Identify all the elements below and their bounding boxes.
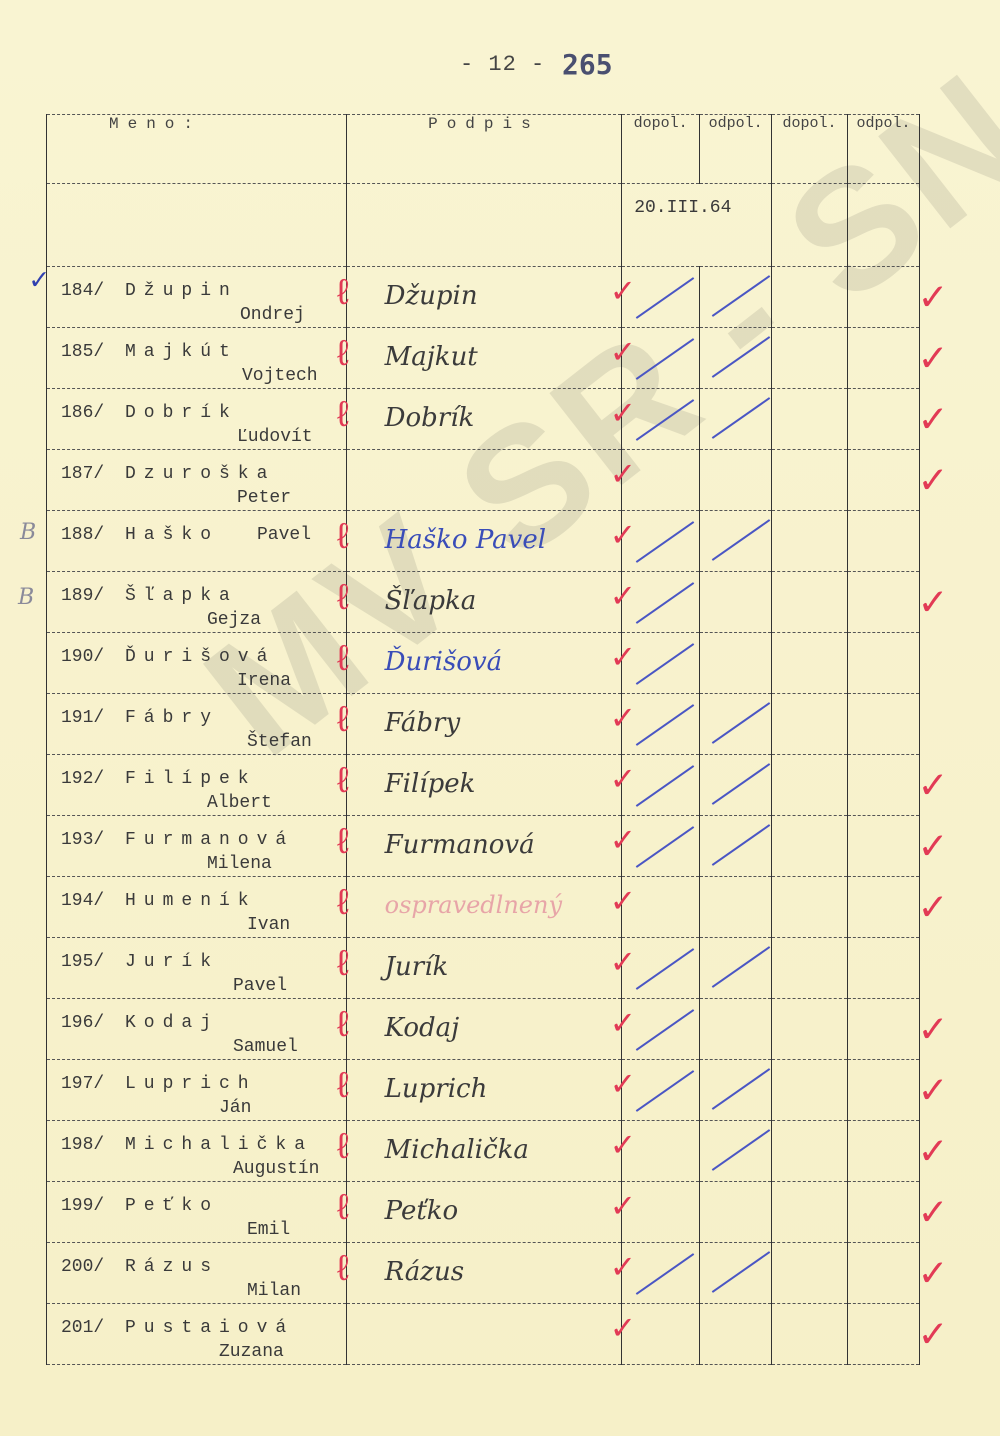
- signature-cell: Luprich: [346, 1060, 622, 1121]
- signature-cell: Jurík: [346, 938, 622, 999]
- attendance-col1: [622, 572, 700, 633]
- red-check-icon: ✓: [612, 1251, 634, 1287]
- red-check-icon: ✓: [612, 458, 634, 494]
- handwritten-signature: Luprich: [385, 1074, 488, 1104]
- red-tick-mark: ℓ: [332, 277, 354, 313]
- signature-cell: ospravedlnený: [346, 877, 622, 938]
- first-name: Vojtech: [242, 366, 318, 386]
- attendance-col1: [622, 877, 700, 938]
- attendance-col1: [622, 450, 700, 511]
- attendance-col2: [700, 877, 772, 938]
- signature-cell: Šľapka: [346, 572, 622, 633]
- attendance-col2: [700, 1304, 772, 1365]
- signature-cell: [346, 450, 622, 511]
- table-row: 190/ĎurišováIrenaĎurišová: [47, 633, 920, 694]
- surname: Humeník: [125, 891, 257, 911]
- handwritten-signature: Majkut: [385, 342, 478, 372]
- attendance-col3: [772, 877, 848, 938]
- attendance-col4: [848, 450, 920, 511]
- surname: Dobrík: [125, 403, 238, 423]
- attendance-col4: [848, 1304, 920, 1365]
- surname: Peťko: [125, 1196, 219, 1216]
- signature-cell: Džupin: [346, 267, 622, 328]
- attendance-col4: [848, 999, 920, 1060]
- right-margin-check-icon: ✓: [920, 576, 945, 628]
- right-margin-check-icon: ✓: [920, 881, 945, 933]
- red-check-icon: ✓: [612, 824, 634, 860]
- right-margin-check-icon: ✓: [920, 1125, 945, 1177]
- handwritten-signature: Dobrík: [385, 403, 475, 433]
- signature-cell: Ďurišová: [346, 633, 622, 694]
- handwritten-signature: Furmanová: [385, 830, 535, 860]
- name-cell: 201/PustaiováZuzana: [47, 1304, 347, 1365]
- attendance-col2: [700, 450, 772, 511]
- surname: Luprich: [125, 1074, 257, 1094]
- first-name: Ľudovít: [237, 427, 313, 447]
- attendance-col3: [772, 1182, 848, 1243]
- name-cell: 192/FilípekAlbert: [47, 755, 347, 816]
- red-check-icon: ✓: [612, 641, 634, 677]
- entry-number: 190/: [61, 647, 104, 667]
- header-signature: Podpis: [346, 115, 622, 184]
- name-cell: 197/LuprichJán: [47, 1060, 347, 1121]
- entry-number: 198/: [61, 1135, 104, 1155]
- attendance-col3: [772, 328, 848, 389]
- attendance-table: Meno: Podpis dopol. odpol. dopol. odpol.…: [46, 114, 920, 1365]
- right-margin-check-icon: ✓: [920, 820, 945, 872]
- red-tick-mark: ℓ: [332, 1131, 354, 1167]
- red-check-icon: ✓: [612, 519, 634, 555]
- red-check-icon: ✓: [612, 580, 634, 616]
- red-check-icon: ✓: [612, 1068, 634, 1104]
- table-row: 194/HumeníkIvanospravedlnený: [47, 877, 920, 938]
- first-name: Gejza: [207, 610, 261, 630]
- first-name: Pavel: [257, 525, 311, 545]
- attendance-col3: [772, 694, 848, 755]
- red-check-icon: ✓: [612, 763, 634, 799]
- handwritten-signature: Kodaj: [385, 1013, 460, 1043]
- right-margin-check-icon: ✓: [920, 332, 945, 384]
- entry-number: 201/: [61, 1318, 104, 1338]
- red-tick-mark: ℓ: [332, 1009, 354, 1045]
- surname: Jurík: [125, 952, 219, 972]
- right-margin-check-icon: ✓: [920, 1247, 945, 1299]
- attendance-col1: [622, 633, 700, 694]
- handwritten-signature: ospravedlnený: [385, 891, 562, 919]
- first-name: Samuel: [233, 1037, 298, 1057]
- attendance-col1: [622, 328, 700, 389]
- attendance-col3: [772, 389, 848, 450]
- handwritten-signature: Rázus: [385, 1257, 464, 1287]
- name-cell: 200/RázusMilan: [47, 1243, 347, 1304]
- red-check-icon: ✓: [612, 275, 634, 311]
- attendance-col3: [772, 1121, 848, 1182]
- attendance-col3: [772, 511, 848, 572]
- entry-number: 184/: [61, 281, 104, 301]
- right-margin-check-icon: ✓: [920, 271, 945, 323]
- attendance-col4: [848, 267, 920, 328]
- table-row: 189/ŠľapkaGejzaŠľapka: [47, 572, 920, 633]
- name-cell: 196/KodajSamuel: [47, 999, 347, 1060]
- table-row: 186/DobríkĽudovítDobrík: [47, 389, 920, 450]
- attendance-col1: [622, 938, 700, 999]
- surname: Kodaj: [125, 1013, 219, 1033]
- entry-number: 187/: [61, 464, 104, 484]
- attendance-col4: [848, 389, 920, 450]
- signature-cell: Furmanová: [346, 816, 622, 877]
- red-check-icon: ✓: [612, 1007, 634, 1043]
- attendance-col1: [622, 267, 700, 328]
- red-tick-mark: ℓ: [332, 1070, 354, 1106]
- table-row: 198/MichaličkaAugustínMichalička: [47, 1121, 920, 1182]
- entry-number: 194/: [61, 891, 104, 911]
- signature-cell: Peťko: [346, 1182, 622, 1243]
- entry-number: 197/: [61, 1074, 104, 1094]
- attendance-col4: [848, 572, 920, 633]
- attendance-col1: [622, 694, 700, 755]
- date-row: 20.III.64: [47, 184, 920, 267]
- name-cell: 190/ĎurišováIrena: [47, 633, 347, 694]
- first-name: Augustín: [233, 1159, 319, 1179]
- attendance-col3: [772, 1243, 848, 1304]
- attendance-col4: [848, 1243, 920, 1304]
- attendance-col3: [772, 999, 848, 1060]
- attendance-col3: [772, 633, 848, 694]
- entry-number: 196/: [61, 1013, 104, 1033]
- right-margin-check-icon: ✓: [920, 759, 945, 811]
- surname: Haško: [125, 525, 219, 545]
- table-row: 187/DzuroškaPeter: [47, 450, 920, 511]
- red-tick-mark: ℓ: [332, 338, 354, 374]
- surname: Fábry: [125, 708, 219, 728]
- archive-stamp-number: 265: [562, 48, 613, 81]
- entry-number: 195/: [61, 952, 104, 972]
- table-row: 192/FilípekAlbertFilípek: [47, 755, 920, 816]
- signature-cell: Dobrík: [346, 389, 622, 450]
- header-col1: dopol.: [622, 115, 700, 184]
- name-cell: 193/FurmanováMilena: [47, 816, 347, 877]
- entry-number: 189/: [61, 586, 104, 606]
- handwritten-signature: Michalička: [385, 1135, 529, 1165]
- surname: Pustaiová: [125, 1318, 294, 1338]
- red-tick-mark: ℓ: [332, 887, 354, 923]
- entry-number: 192/: [61, 769, 104, 789]
- first-name: Irena: [237, 671, 291, 691]
- red-check-icon: ✓: [612, 1312, 634, 1348]
- red-check-icon: ✓: [612, 1129, 634, 1165]
- first-name: Ivan: [247, 915, 290, 935]
- name-cell: 184/DžupinOndrej: [47, 267, 347, 328]
- handwritten-signature: Džupin: [385, 281, 478, 311]
- attendance-col3: [772, 816, 848, 877]
- signature-cell: Filípek: [346, 755, 622, 816]
- red-tick-mark: ℓ: [332, 826, 354, 862]
- attendance-col4: [848, 877, 920, 938]
- signature-cell: Haško Pavel: [346, 511, 622, 572]
- attendance-col4: [848, 633, 920, 694]
- surname: Džupin: [125, 281, 238, 301]
- attendance-col1: [622, 1060, 700, 1121]
- right-margin-check-icon: ✓: [920, 1003, 945, 1055]
- header-name: Meno:: [47, 115, 347, 184]
- attendance-col1: [622, 755, 700, 816]
- attendance-col3: [772, 450, 848, 511]
- first-name: Milena: [207, 854, 272, 874]
- attendance-col4: [848, 1060, 920, 1121]
- signature-cell: Majkut: [346, 328, 622, 389]
- name-cell: 186/DobríkĽudovít: [47, 389, 347, 450]
- attendance-col4: [848, 1182, 920, 1243]
- name-cell: 198/MichaličkaAugustín: [47, 1121, 347, 1182]
- table-row: 201/PustaiováZuzana: [47, 1304, 920, 1365]
- red-tick-mark: ℓ: [332, 765, 354, 801]
- table-row: 188/HaškoPavelHaško Pavel: [47, 511, 920, 572]
- handwritten-signature: Haško Pavel: [385, 525, 546, 555]
- attendance-col1: [622, 1182, 700, 1243]
- attendance-col4: [848, 1121, 920, 1182]
- table-row: 184/DžupinOndrejDžupin: [47, 267, 920, 328]
- header-col3: dopol.: [772, 115, 848, 184]
- margin-note: B: [18, 585, 34, 610]
- red-check-icon: ✓: [612, 885, 634, 921]
- attendance-col1: [622, 389, 700, 450]
- table-header: Meno: Podpis dopol. odpol. dopol. odpol.: [47, 115, 920, 184]
- red-check-icon: ✓: [612, 336, 634, 372]
- red-tick-mark: ℓ: [332, 1192, 354, 1228]
- attendance-col3: [772, 267, 848, 328]
- first-name: Albert: [207, 793, 272, 813]
- signature-cell: Kodaj: [346, 999, 622, 1060]
- entry-number: 191/: [61, 708, 104, 728]
- red-tick-mark: ℓ: [332, 582, 354, 618]
- red-tick-mark: ℓ: [332, 1253, 354, 1289]
- signature-cell: Fábry: [346, 694, 622, 755]
- right-margin-check-icon: ✓: [920, 1186, 945, 1238]
- attendance-col2: [700, 1182, 772, 1243]
- right-margin-check-icon: ✓: [920, 1308, 945, 1360]
- table-row: 199/PeťkoEmilPeťko: [47, 1182, 920, 1243]
- table-row: 196/KodajSamuelKodaj: [47, 999, 920, 1060]
- red-tick-mark: ℓ: [332, 521, 354, 557]
- page-number: - 12 -: [460, 52, 545, 77]
- session-date: 20.III.64: [622, 184, 772, 267]
- header-col4: odpol.: [848, 115, 920, 184]
- handwritten-signature: Šľapka: [385, 586, 477, 616]
- name-cell: 195/JuríkPavel: [47, 938, 347, 999]
- signature-cell: Rázus: [346, 1243, 622, 1304]
- red-tick-mark: ℓ: [332, 704, 354, 740]
- entry-number: 193/: [61, 830, 104, 850]
- red-check-icon: ✓: [612, 702, 634, 738]
- first-name: Štefan: [247, 732, 312, 752]
- attendance-col4: [848, 816, 920, 877]
- margin-note: B: [20, 520, 36, 545]
- attendance-col2: [700, 633, 772, 694]
- right-margin-check-icon: ✓: [920, 393, 945, 445]
- first-name: Milan: [247, 1281, 301, 1301]
- attendance-col3: [772, 1304, 848, 1365]
- attendance-col4: [848, 694, 920, 755]
- signature-cell: [346, 1304, 622, 1365]
- right-margin-check-icon: ✓: [920, 454, 945, 506]
- surname: Majkút: [125, 342, 238, 362]
- attendance-col3: [772, 755, 848, 816]
- red-check-icon: ✓: [612, 1190, 634, 1226]
- attendance-col4: [848, 511, 920, 572]
- table-row: 195/JuríkPavelJurík: [47, 938, 920, 999]
- attendance-col4: [848, 755, 920, 816]
- red-check-icon: ✓: [612, 946, 634, 982]
- red-tick-mark: ℓ: [332, 399, 354, 435]
- name-cell: 188/HaškoPavel: [47, 511, 347, 572]
- entry-number: 188/: [61, 525, 104, 545]
- red-tick-mark: ℓ: [332, 948, 354, 984]
- handwritten-signature: Ďurišová: [385, 647, 503, 677]
- surname: Filípek: [125, 769, 257, 789]
- attendance-col1: [622, 999, 700, 1060]
- red-tick-mark: ℓ: [332, 643, 354, 679]
- red-check-icon: ✓: [612, 397, 634, 433]
- first-name: Ondrej: [240, 305, 305, 325]
- table-row: 185/MajkútVojtechMajkut: [47, 328, 920, 389]
- attendance-col1: [622, 511, 700, 572]
- surname: Michalička: [125, 1135, 313, 1155]
- attendance-col1: [622, 1243, 700, 1304]
- attendance-col3: [772, 572, 848, 633]
- attendance-col4: [848, 938, 920, 999]
- first-name: Ján: [219, 1098, 251, 1118]
- table-row: 193/FurmanováMilenaFurmanová: [47, 816, 920, 877]
- name-cell: 194/HumeníkIvan: [47, 877, 347, 938]
- entry-number: 185/: [61, 342, 104, 362]
- attendance-col4: [848, 328, 920, 389]
- table-row: 197/LuprichJánLuprich: [47, 1060, 920, 1121]
- handwritten-signature: Filípek: [385, 769, 476, 799]
- attendance-col1: [622, 1304, 700, 1365]
- right-margin-check-icon: ✓: [920, 1064, 945, 1116]
- first-name: Pavel: [233, 976, 287, 996]
- first-name: Zuzana: [219, 1342, 284, 1362]
- handwritten-signature: Peťko: [385, 1196, 459, 1226]
- header-col2: odpol.: [700, 115, 772, 184]
- name-cell: 187/DzuroškaPeter: [47, 450, 347, 511]
- attendance-col1: [622, 816, 700, 877]
- handwritten-signature: Jurík: [385, 952, 449, 982]
- surname: Šľapka: [125, 586, 238, 606]
- name-cell: 191/FábryŠtefan: [47, 694, 347, 755]
- entry-number: 199/: [61, 1196, 104, 1216]
- name-cell: 185/MajkútVojtech: [47, 328, 347, 389]
- attendance-col2: [700, 572, 772, 633]
- surname: Dzuroška: [125, 464, 275, 484]
- table-row: 200/RázusMilanRázus: [47, 1243, 920, 1304]
- attendance-col3: [772, 938, 848, 999]
- attendance-col3: [772, 1060, 848, 1121]
- signature-cell: Michalička: [346, 1121, 622, 1182]
- surname: Rázus: [125, 1257, 219, 1277]
- name-cell: 189/ŠľapkaGejza: [47, 572, 347, 633]
- attendance-col1: [622, 1121, 700, 1182]
- first-name: Peter: [237, 488, 291, 508]
- entry-number: 186/: [61, 403, 104, 423]
- attendance-col2: [700, 999, 772, 1060]
- entry-number: 200/: [61, 1257, 104, 1277]
- name-cell: 199/PeťkoEmil: [47, 1182, 347, 1243]
- handwritten-signature: Fábry: [385, 708, 461, 738]
- table-row: 191/FábryŠtefanFábry: [47, 694, 920, 755]
- surname: Furmanová: [125, 830, 294, 850]
- surname: Ďurišová: [125, 647, 275, 667]
- first-name: Emil: [247, 1220, 290, 1240]
